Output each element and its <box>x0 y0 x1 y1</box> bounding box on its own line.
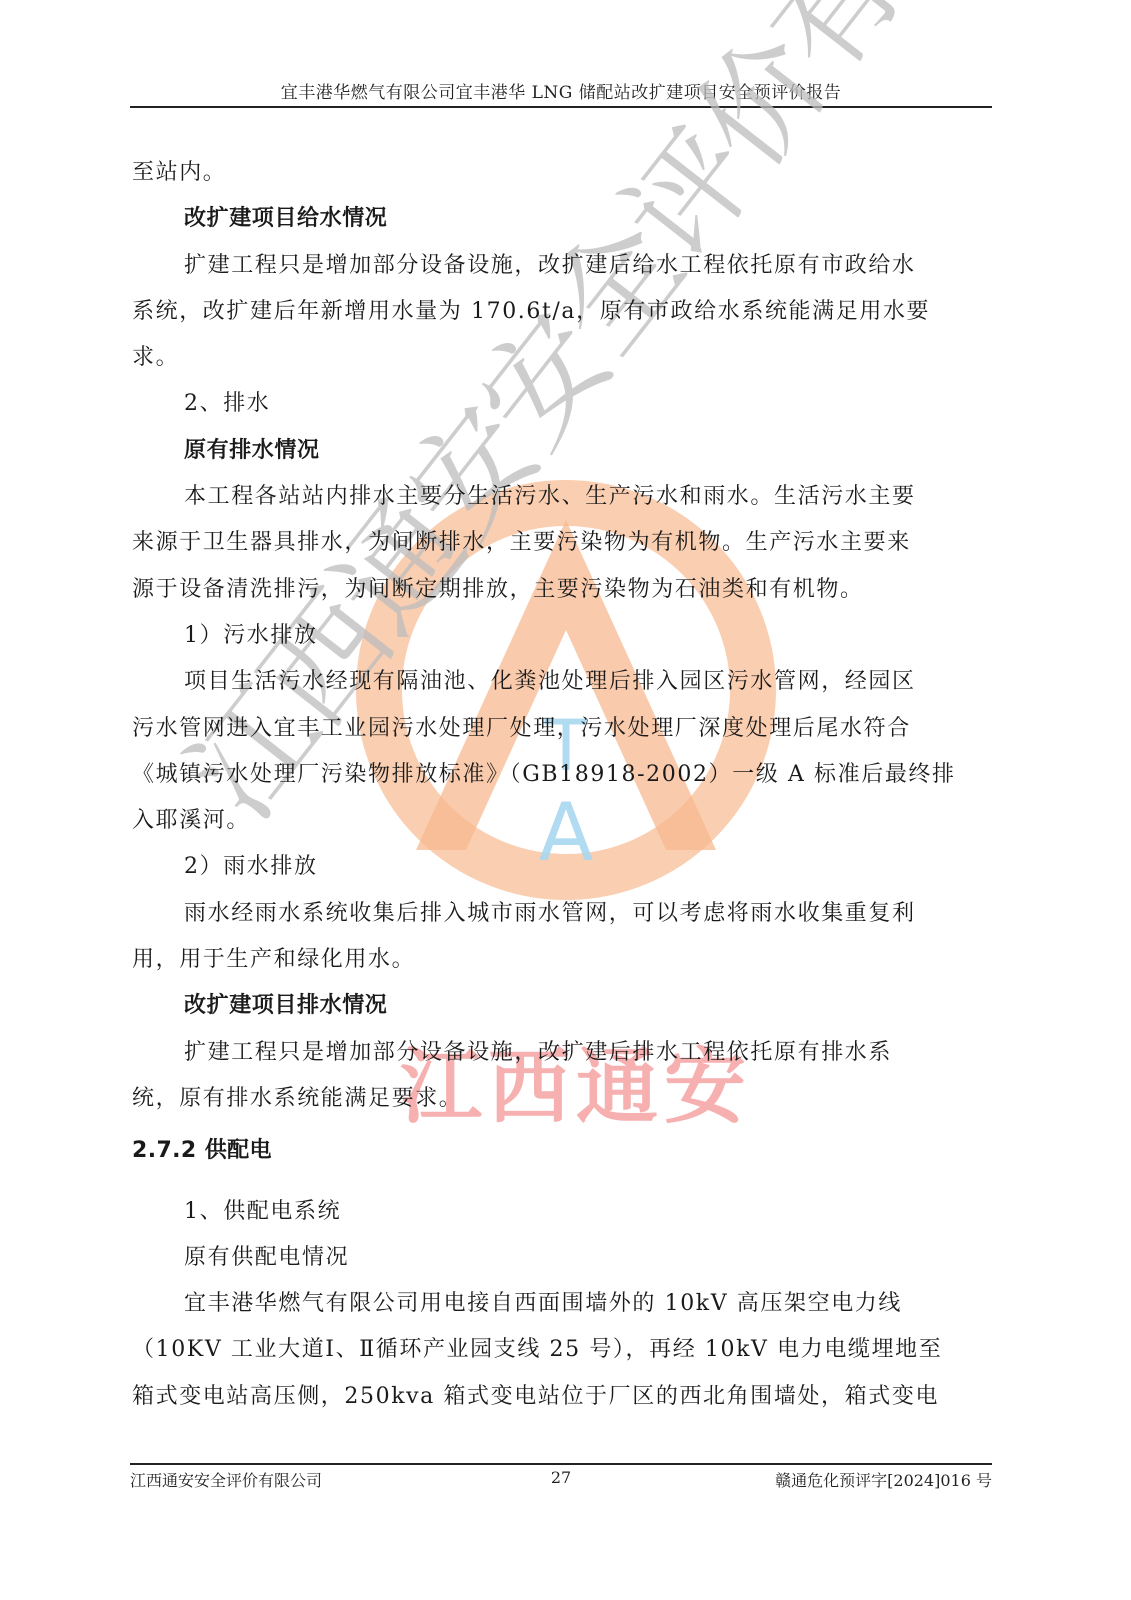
paragraph-line: 扩建工程只是增加部分设备设施，改扩建后排水工程依托原有排水系 <box>132 1030 992 1076</box>
paragraph-line: 源于设备清洗排污，为间断定期排放，主要污染物为石油类和有机物。 <box>132 567 992 613</box>
paragraph-line: 统，原有排水系统能满足要求。 <box>132 1076 992 1122</box>
subheading: 原有供配电情况 <box>132 1235 992 1281</box>
paragraph-line: 入耶溪河。 <box>132 798 992 844</box>
paragraph-line: 用，用于生产和绿化用水。 <box>132 937 992 983</box>
list-heading: 2、排水 <box>132 381 992 427</box>
paragraph-line: 箱式变电站高压侧，250kva 箱式变电站位于厂区的西北角围墙处，箱式变电 <box>132 1374 992 1420</box>
document-number: 赣通危化预评字[2024]016 号 <box>775 1468 992 1491</box>
paragraph-line: 《城镇污水处理厂污染物排放标准》（GB18918-2002）一级 A 标准后最终… <box>132 752 992 798</box>
paragraph-line: 系统，改扩建后年新增用水量为 170.6t/a，原有市政给水系统能满足用水要 <box>132 289 992 335</box>
subheading: 改扩建项目给水情况 <box>132 196 992 242</box>
list-heading: 1）污水排放 <box>132 613 992 659</box>
paragraph-line: 污水管网进入宜丰工业园污水处理厂处理，污水处理厂深度处理后尾水符合 <box>132 706 992 752</box>
paragraph-line: 宜丰港华燃气有限公司用电接自西面围墙外的 10kV 高压架空电力线 <box>132 1281 992 1327</box>
paragraph-line: 至站内。 <box>132 150 992 196</box>
paragraph-line: 扩建工程只是增加部分设备设施，改扩建后给水工程依托原有市政给水 <box>132 243 992 289</box>
list-heading: 2）雨水排放 <box>132 844 992 890</box>
paragraph-line: 求。 <box>132 335 992 381</box>
page-header-title: 宜丰港华燃气有限公司宜丰港华 LNG 储配站改扩建项目安全预评价报告 <box>130 78 992 103</box>
header-divider <box>130 106 992 108</box>
document-body: 至站内。 改扩建项目给水情况 扩建工程只是增加部分设备设施，改扩建后给水工程依托… <box>132 150 992 1420</box>
section-heading: 2.7.2 供配电 <box>132 1128 992 1174</box>
paragraph-line: 项目生活污水经现有隔油池、化粪池处理后排入园区污水管网，经园区 <box>132 659 992 705</box>
paragraph-line: 来源于卫生器具排水，为间断排水，主要污染物为有机物。生产污水主要来 <box>132 520 992 566</box>
page-footer: 江西通安安全评价有限公司 27 赣通危化预评字[2024]016 号 <box>130 1468 992 1490</box>
paragraph-line: 本工程各站站内排水主要分生活污水、生产污水和雨水。生活污水主要 <box>132 474 992 520</box>
paragraph-line: 雨水经雨水系统收集后排入城市雨水管网，可以考虑将雨水收集重复利 <box>132 891 992 937</box>
list-heading: 1、供配电系统 <box>132 1189 992 1235</box>
paragraph-line: （10KV 工业大道Ⅰ、Ⅱ循环产业园支线 25 号），再经 10kV 电力电缆埋… <box>132 1327 992 1373</box>
subheading: 原有排水情况 <box>132 428 992 474</box>
subheading: 改扩建项目排水情况 <box>132 983 992 1029</box>
footer-divider <box>130 1463 992 1465</box>
